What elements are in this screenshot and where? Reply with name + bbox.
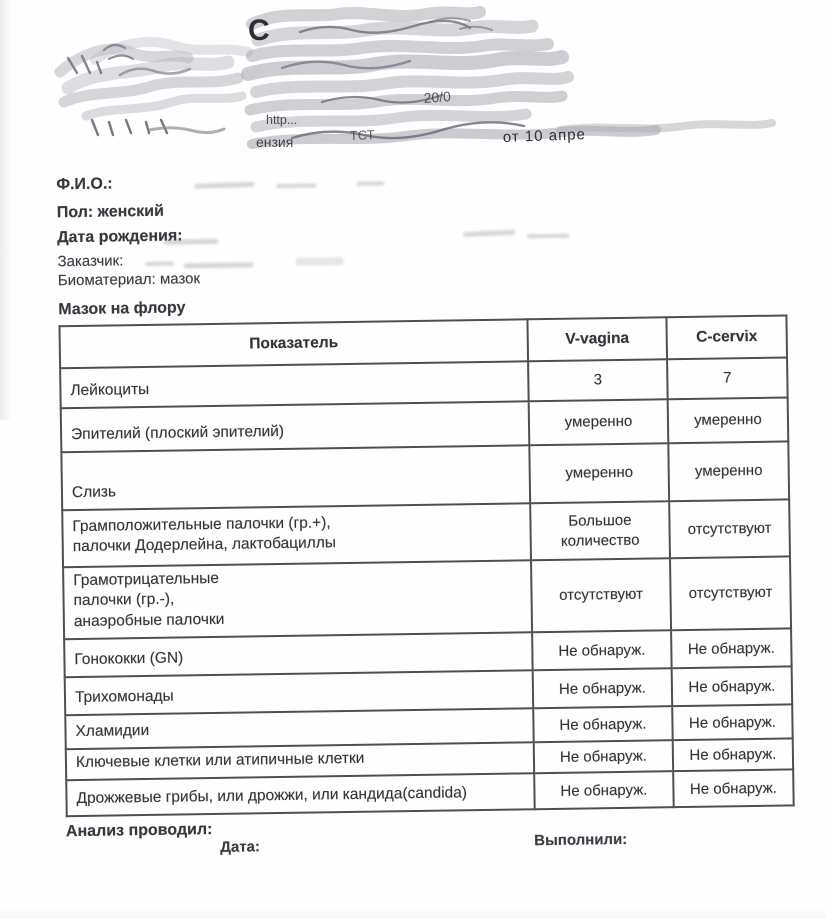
- customer-label: Заказчик:: [57, 252, 123, 270]
- scanned-lab-report-page: { "header": { "fragments": { "big_c": "С…: [0, 0, 827, 918]
- c-cervix-cell: отсутствуют: [669, 499, 790, 558]
- indicator-cell: Слизь: [61, 445, 530, 510]
- c-cervix-cell: умеренно: [668, 397, 789, 443]
- erased-text-smudge: [463, 230, 515, 238]
- analyst-label: Анализ проводил:: [66, 821, 213, 841]
- c-cervix-cell: Не обнаруж.: [673, 770, 794, 808]
- v-vagina-cell: Не обнаруж.: [533, 669, 673, 709]
- erased-text-smudge: [296, 257, 344, 266]
- performed-by-label: Выполнили:: [534, 831, 627, 849]
- c-cervix-cell: 7: [667, 357, 788, 399]
- c-cervix-cell: Не обнаруж.: [672, 705, 792, 741]
- table-row: Грамотрицательные палочки (гр.-), анаэро…: [63, 556, 791, 639]
- table-title: Мазок на флору: [58, 299, 185, 319]
- v-vagina-cell: 3: [528, 359, 668, 401]
- indicator-cell: Грамположительные палочки (гр.+), палочк…: [62, 503, 531, 567]
- c-cervix-cell: умеренно: [668, 441, 789, 501]
- c-cervix-cell: Не обнаруж.: [673, 739, 793, 772]
- indicator-cell: Грамотрицательные палочки (гр.-), анаэро…: [63, 560, 532, 639]
- erased-text-smudge: [527, 234, 569, 239]
- indicator-cell: Лейкоциты: [60, 361, 529, 408]
- erased-text-smudge: [356, 181, 384, 185]
- erased-text-smudge: [146, 262, 174, 266]
- indicator-cell: Дрожжевые грибы, или дрожжи, или кандида…: [66, 774, 534, 817]
- v-vagina-cell: отсутствуют: [531, 558, 671, 632]
- erased-text-smudge: [194, 182, 254, 189]
- patient-fio-label: Ф.И.О.:: [56, 175, 113, 194]
- column-header-c-cervix: C-cervix: [666, 315, 787, 359]
- date-label: Дата:: [220, 838, 260, 856]
- c-cervix-cell: Не обнаруж.: [671, 629, 792, 669]
- erased-text-smudge: [276, 183, 316, 188]
- v-vagina-cell: Не обнаруж.: [534, 741, 673, 774]
- erased-text-smudge: [184, 262, 254, 268]
- indicator-cell: Эпителий (плоский эпителий): [61, 401, 530, 452]
- v-vagina-cell: Не обнаруж.: [533, 707, 672, 743]
- smear-results-table: Показатель V-vagina C-cervix Лейкоциты 3…: [58, 314, 794, 817]
- biomaterial-line: Биоматериал: мазок: [58, 270, 200, 289]
- column-header-indicator: Показатель: [59, 319, 528, 368]
- patient-sex-line: Пол: женский: [57, 203, 164, 223]
- table-row: Слизь умеренно умеренно: [61, 441, 789, 510]
- v-vagina-cell: Большое количество: [530, 501, 670, 560]
- erased-text-smudge: [163, 239, 218, 245]
- v-vagina-cell: Не обнаруж.: [534, 772, 674, 810]
- c-cervix-cell: отсутствуют: [670, 556, 791, 630]
- column-header-v-vagina: V-vagina: [527, 317, 667, 361]
- v-vagina-cell: умеренно: [529, 443, 669, 503]
- c-cervix-cell: Не обнаруж.: [672, 667, 793, 707]
- document-body: Ф.И.О.: Пол: женский Дата рождения: Зака…: [0, 0, 827, 918]
- v-vagina-cell: Не обнаруж.: [532, 631, 672, 671]
- v-vagina-cell: умеренно: [529, 399, 669, 445]
